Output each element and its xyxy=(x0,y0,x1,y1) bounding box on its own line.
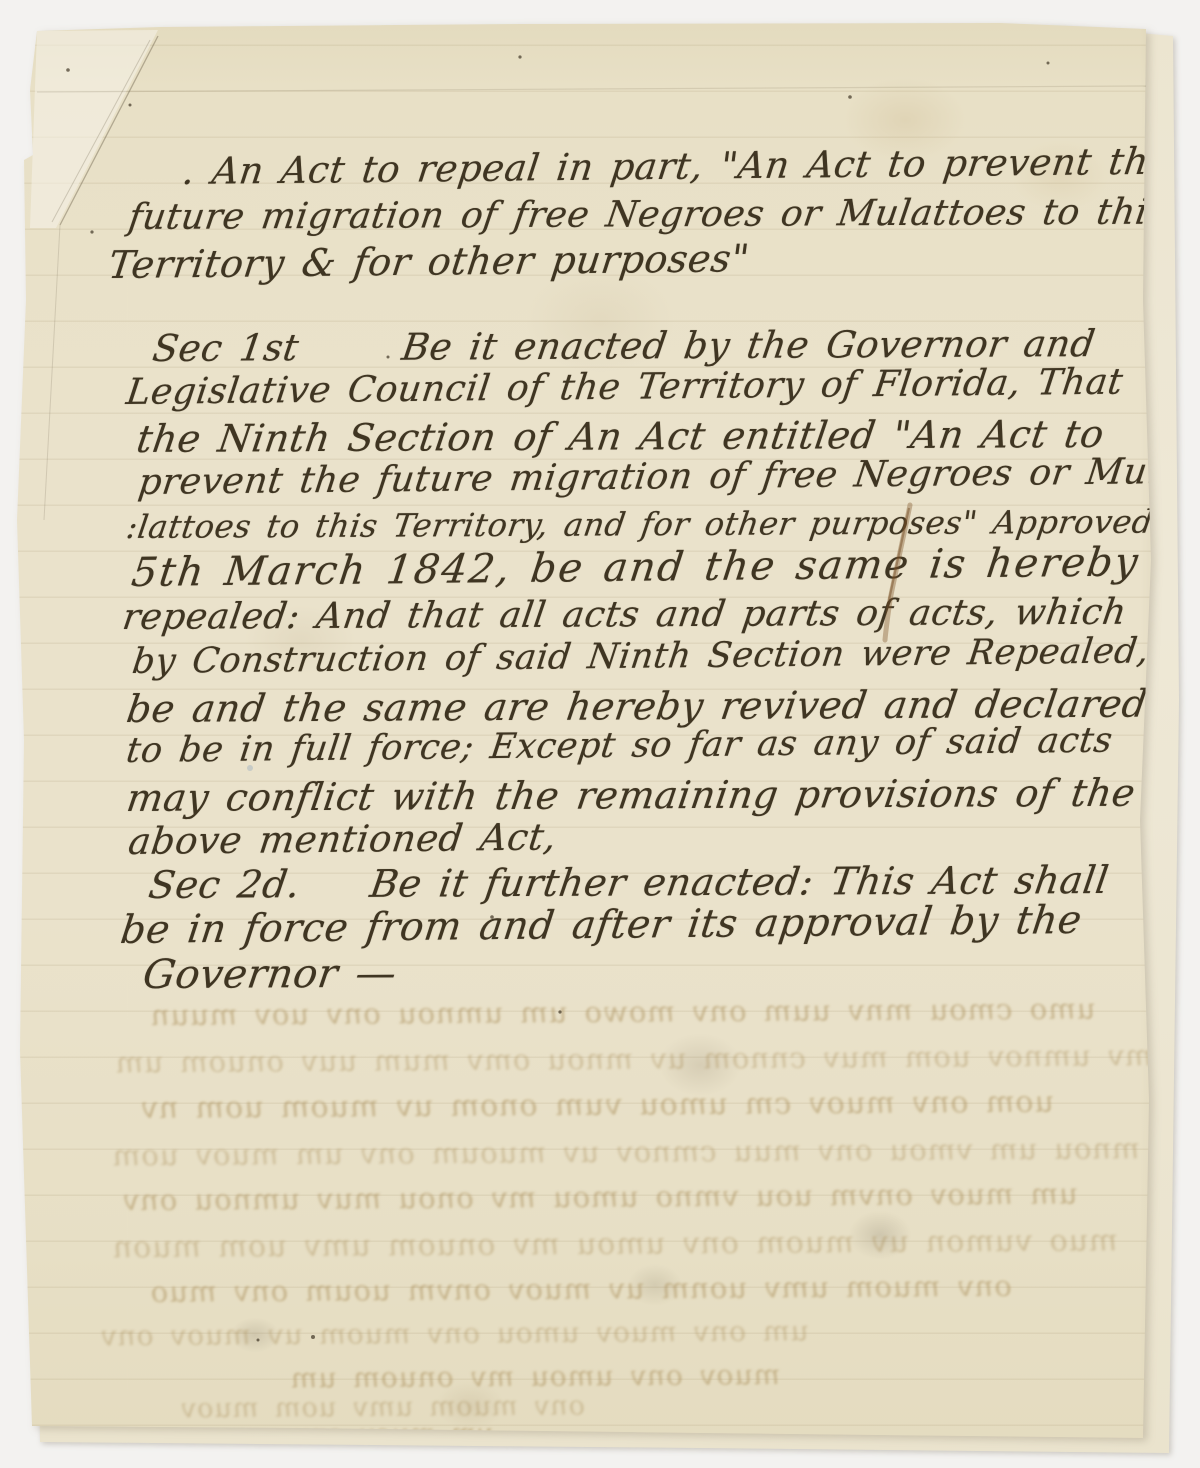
title-line: . An Act to repeal in part, "An Act to p… xyxy=(180,140,1174,193)
body-line: Governor — xyxy=(140,951,400,998)
body-line: by Construction of said Ninth Section we… xyxy=(130,631,1152,682)
body-line: :lattoes to this Territory, and for othe… xyxy=(124,503,1156,546)
manuscript-paper: umo cmou mnv uum onv mowo um umnou onv u… xyxy=(0,0,1200,1468)
handwritten-text-layer: . An Act to repeal in part, "An Act to p… xyxy=(0,0,1200,1468)
paper-surface: umo cmou mnv uum onv mowo um umnou onv u… xyxy=(0,0,1200,1468)
body-line: repealed: And that all acts and parts of… xyxy=(120,592,1129,638)
body-line: may conflict with the remaining provisio… xyxy=(124,771,1138,820)
body-line: 5th March 1842, be and the same is hereb… xyxy=(129,539,1142,596)
body-line: be in force from and after its approval … xyxy=(118,898,1085,953)
title-line: Territory & for other purposes" xyxy=(106,236,752,287)
body-line: above mentioned Act, xyxy=(126,815,559,863)
scanned-manuscript-page: umo cmou mnv uum onv mowo um umnou onv u… xyxy=(0,0,1200,1468)
title-line: future migration of free Negroes or Mula… xyxy=(126,192,1170,238)
